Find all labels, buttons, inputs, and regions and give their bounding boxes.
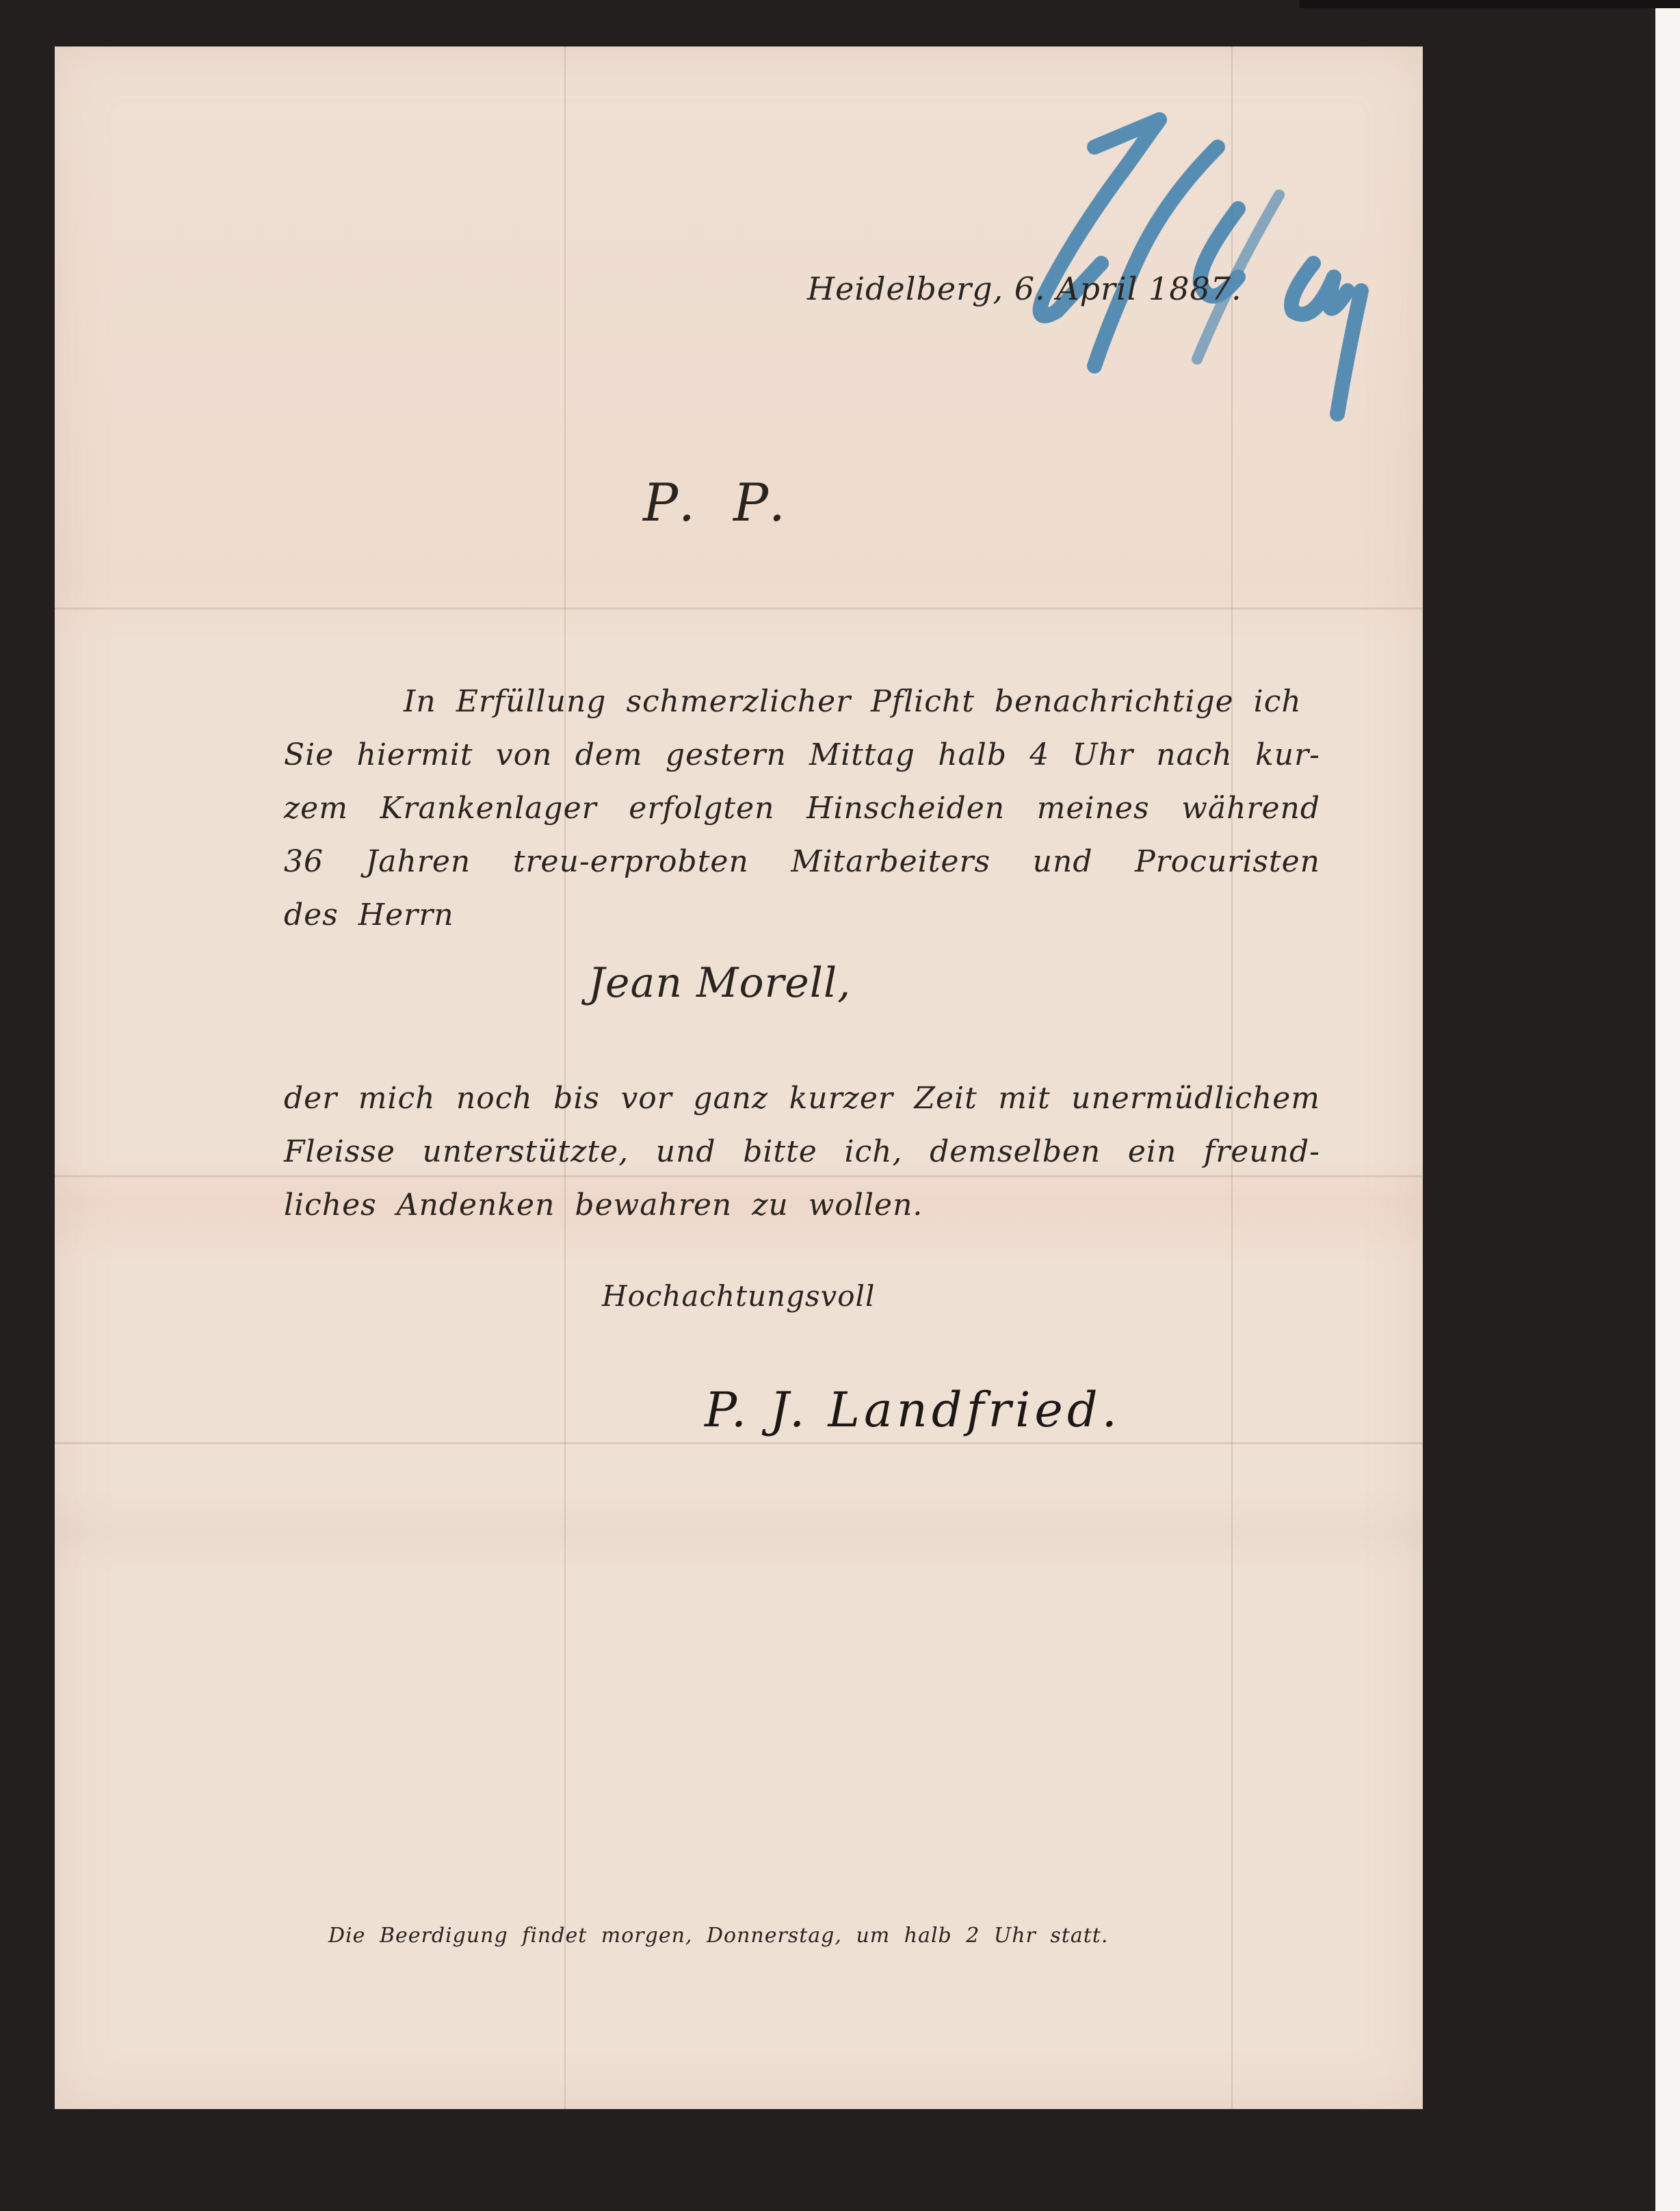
signature: P. J. Landfried. [705,1382,1121,1438]
body-line: In Erfüllung schmerzlicher Pflicht benac… [404,684,1302,719]
scan-background-strip [1655,0,1680,2211]
salutation: P. P. [643,472,796,533]
funeral-notice: Die Beerdigung findet morgen, Donnerstag… [328,1924,1108,1948]
fold-crease-horizontal-middle [55,1175,1423,1177]
fold-crease-vertical-left [564,47,566,2109]
body-line: Fleisse unterstützte, und bitte ich, dem… [284,1134,1320,1169]
fold-crease-horizontal-upper [55,607,1423,610]
body-line: liches Andenken bewahren zu wollen. [284,1188,923,1222]
closing-phrase: Hochachtungsvoll [602,1279,875,1313]
body-line: 36 Jahren treu-erprobten Mitarbeiters un… [284,844,1320,879]
dateline: Heidelberg, 6. April 1887. [807,270,1242,307]
body-line: zem Krankenlager erfolgten Hinscheiden m… [284,791,1320,826]
body-line: Sie hiermit von dem gestern Mittag halb … [284,737,1320,772]
fold-crease-horizontal-lower [55,1442,1423,1444]
scan-edge [1300,0,1680,8]
body-line: des Herrn [284,898,454,932]
deceased-name: Jean Morell, [588,959,851,1007]
body-line: der mich noch bis vor ganz kurzer Zeit m… [284,1081,1320,1116]
